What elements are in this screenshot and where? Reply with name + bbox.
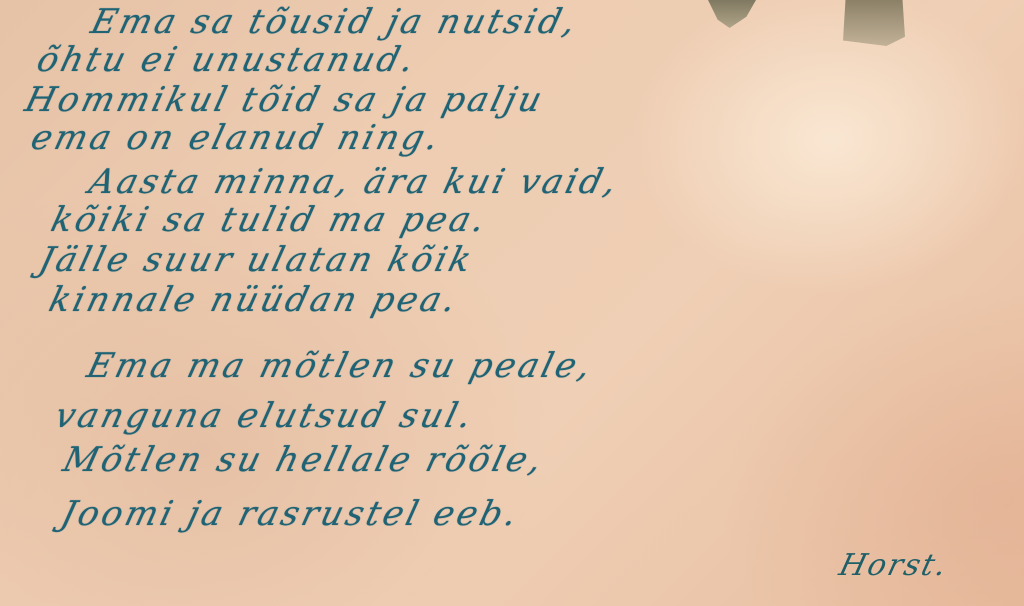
letter-paper: Ema sa tõusid ja nutsid, õhtu ei unustan…	[0, 0, 1024, 606]
handwritten-line: vanguna elutsud sul.	[51, 396, 478, 436]
handwritten-line: Ema sa tõusid ja nutsid,	[87, 2, 583, 42]
handwritten-line: õhtu ei unustanud.	[33, 40, 421, 80]
torn-edge-mark	[708, 0, 756, 28]
handwritten-line: Joomi ja rasrustel eeb.	[57, 494, 524, 534]
handwritten-line: Jälle suur ulatan kõik	[35, 240, 478, 280]
torn-edge-mark	[843, 0, 905, 46]
handwritten-line: Aasta minna, ära kui vaid,	[85, 162, 624, 202]
handwritten-line: ema on elanud ning.	[27, 118, 445, 158]
handwritten-line: Hommikul tõid sa ja palju	[21, 80, 549, 120]
handwritten-line: Mõtlen su hellale rõõle,	[59, 440, 549, 480]
handwritten-line: kõiki sa tulid ma pea.	[47, 200, 492, 240]
handwritten-line: Ema ma mõtlen su peale,	[83, 346, 598, 386]
handwritten-line: kinnale nüüdan pea.	[45, 280, 463, 320]
signature: Horst.	[836, 548, 952, 583]
